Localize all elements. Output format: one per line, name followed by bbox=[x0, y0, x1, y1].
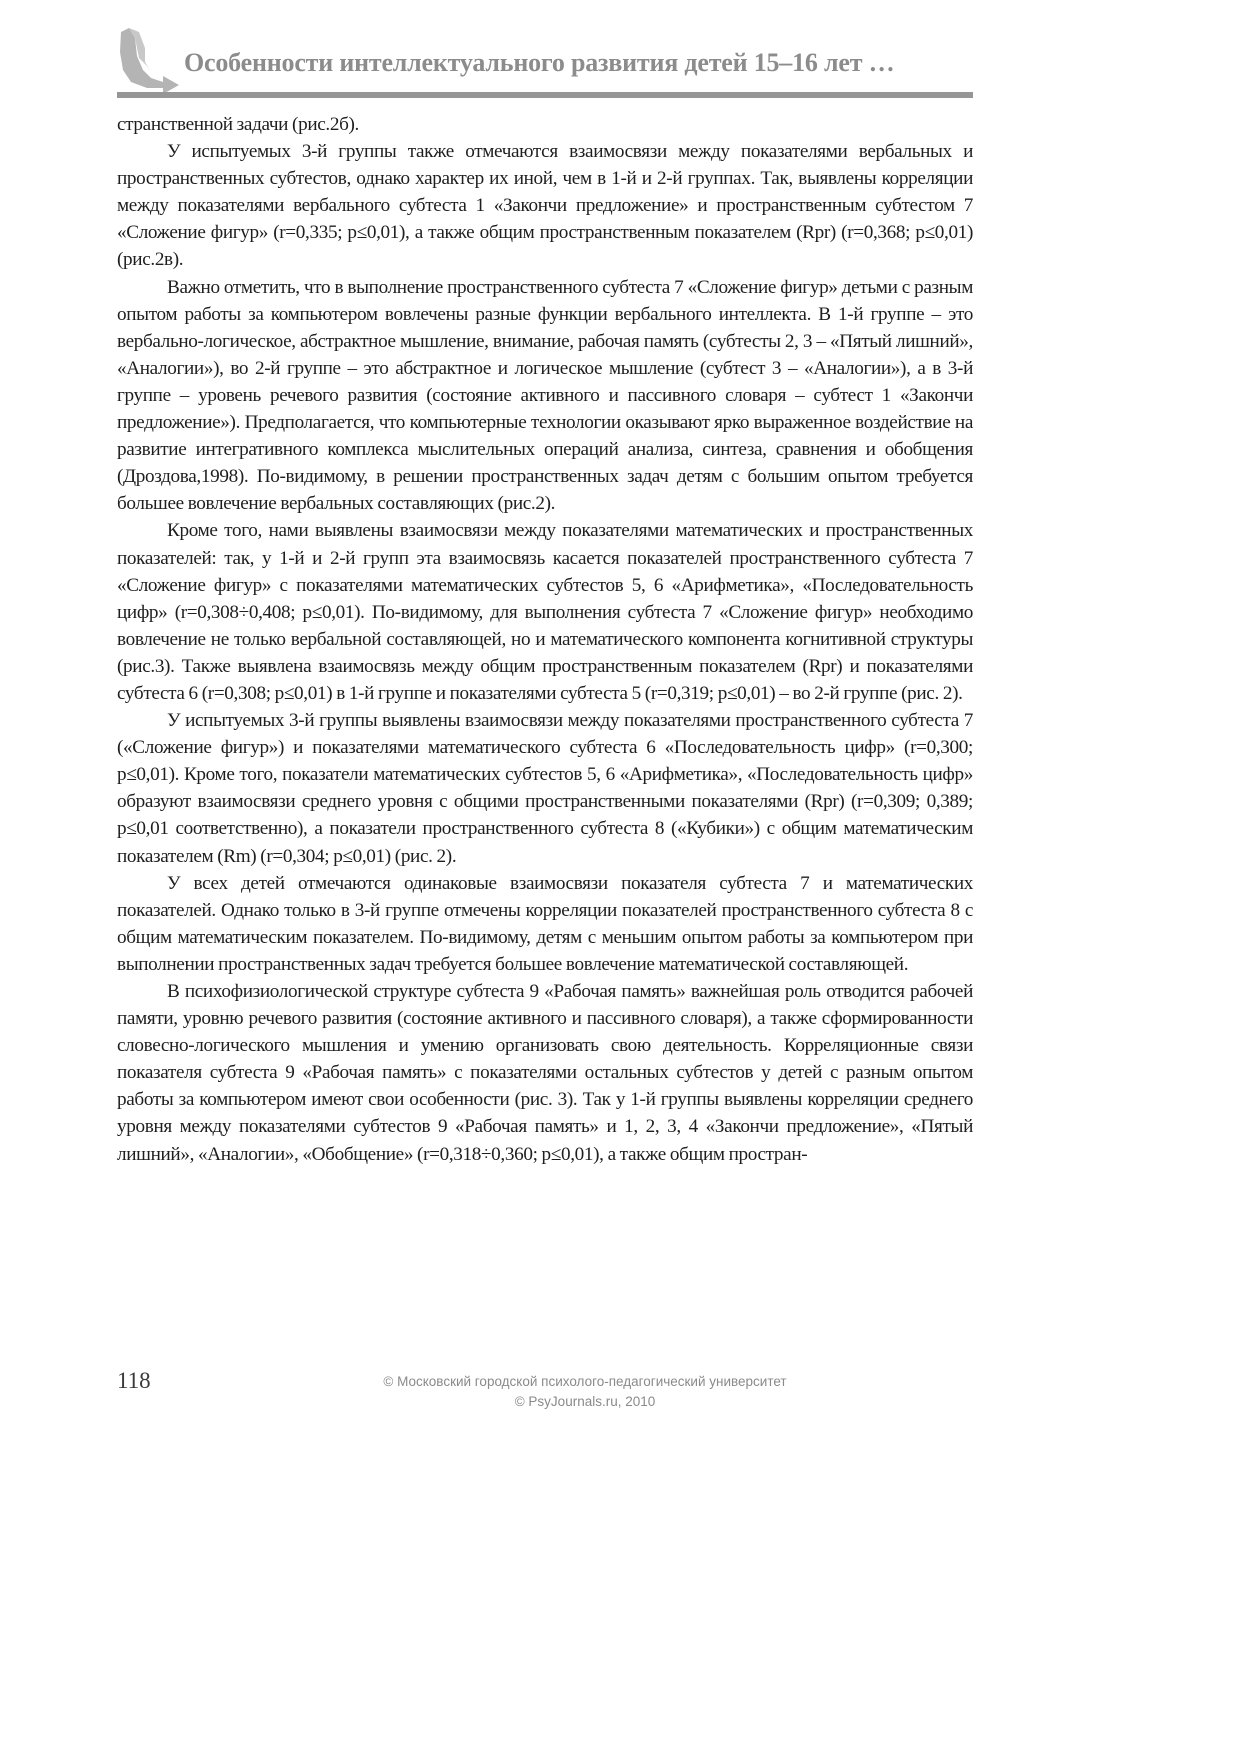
paragraph: Важно отметить, что в выполнение простра… bbox=[117, 274, 973, 518]
copyright-notice: © Московский городской психолого-педагог… bbox=[197, 1372, 973, 1412]
paragraph: У испытуемых 3-й группы выявлены взаимос… bbox=[117, 707, 973, 870]
article-body: странственной задачи (рис.2б). У испытуе… bbox=[117, 111, 973, 1168]
copyright-psyjournals: © PsyJournals.ru, 2010 bbox=[197, 1392, 973, 1412]
page-footer: 118 © Московский городской психолого-пед… bbox=[117, 1368, 973, 1418]
header-rule bbox=[117, 92, 973, 98]
document-page: Особенности интеллектуального развития д… bbox=[0, 0, 1240, 1754]
paragraph: Кроме того, нами выявлены взаимосвязи ме… bbox=[117, 517, 973, 707]
running-header: Особенности интеллектуального развития д… bbox=[117, 26, 973, 98]
paragraph: В психофизиологической структуре субтест… bbox=[117, 978, 973, 1168]
copyright-university: © Московский городской психолого-педагог… bbox=[197, 1372, 973, 1392]
paragraph: У испытуемых 3-й группы также отмечаются… bbox=[117, 138, 973, 273]
paragraph: У всех детей отмечаются одинаковые взаим… bbox=[117, 870, 973, 978]
curved-arrow-logo-icon bbox=[117, 26, 187, 94]
paragraph: странственной задачи (рис.2б). bbox=[117, 111, 973, 138]
running-title: Особенности интеллектуального развития д… bbox=[184, 48, 894, 78]
page-number: 118 bbox=[117, 1368, 151, 1394]
